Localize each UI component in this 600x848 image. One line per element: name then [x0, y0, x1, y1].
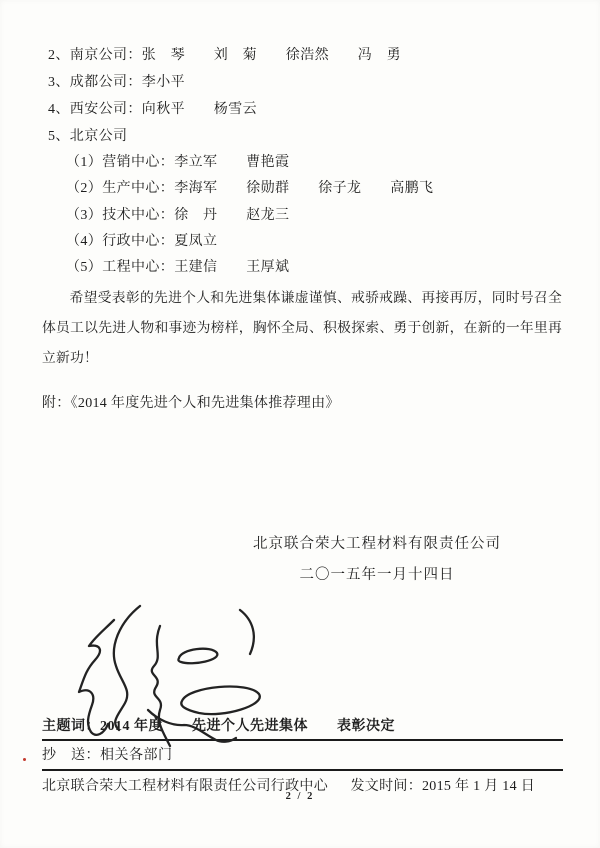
document-footer: 主题词：2014 年度 先进个人先进集体 表彰决定 抄 送：相关各部门 北京联合… — [42, 718, 563, 795]
cc-line: 抄 送：相关各部门 — [42, 747, 563, 771]
company-list-item: 4、西安公司：向秋平 杨雪云 — [48, 96, 562, 123]
page-number: 2 / 2 — [0, 791, 600, 802]
company-list-item: 2、南京公司：张 琴 刘 菊 徐浩然 冯 勇 — [48, 42, 562, 69]
scan-artifact-dot — [23, 758, 26, 761]
beijing-center-item: （1）营销中心：李立军 曹艳霞 — [66, 150, 562, 176]
closing-paragraph: 希望受表彰的先进个人和先进集体谦虚谨慎、戒骄戒躁、再接再厉，同时号召全体员工以先… — [42, 283, 562, 373]
subject-keywords-line: 主题词：2014 年度 先进个人先进集体 表彰决定 — [42, 718, 563, 741]
beijing-center-item: （3）技术中心：徐 丹 赵龙三 — [66, 203, 562, 229]
attachment-note: 附：《2014 年度先进个人和先进集体推荐理由》 — [42, 391, 562, 417]
beijing-center-item: （5）工程中心：王建信 王厚斌 — [66, 255, 562, 281]
signing-block: 北京联合荣大工程材料有限责任公司 二〇一五年一月十四日 — [42, 529, 562, 591]
beijing-center-item: （4）行政中心：夏凤立 — [66, 229, 562, 255]
company-list-item: 5、北京公司 — [48, 123, 562, 150]
signing-company: 北京联合荣大工程材料有限责任公司 — [192, 529, 562, 560]
company-list-item: 3、成都公司：李小平 — [48, 69, 562, 96]
signing-date: 二〇一五年一月十四日 — [192, 560, 562, 591]
beijing-center-item: （2）生产中心：李海军 徐勋群 徐子龙 高鹏飞 — [66, 176, 562, 202]
document-body: 2、南京公司：张 琴 刘 菊 徐浩然 冯 勇 3、成都公司：李小平 4、西安公司… — [0, 0, 600, 591]
scanned-document-page: 2、南京公司：张 琴 刘 菊 徐浩然 冯 勇 3、成都公司：李小平 4、西安公司… — [0, 0, 600, 848]
